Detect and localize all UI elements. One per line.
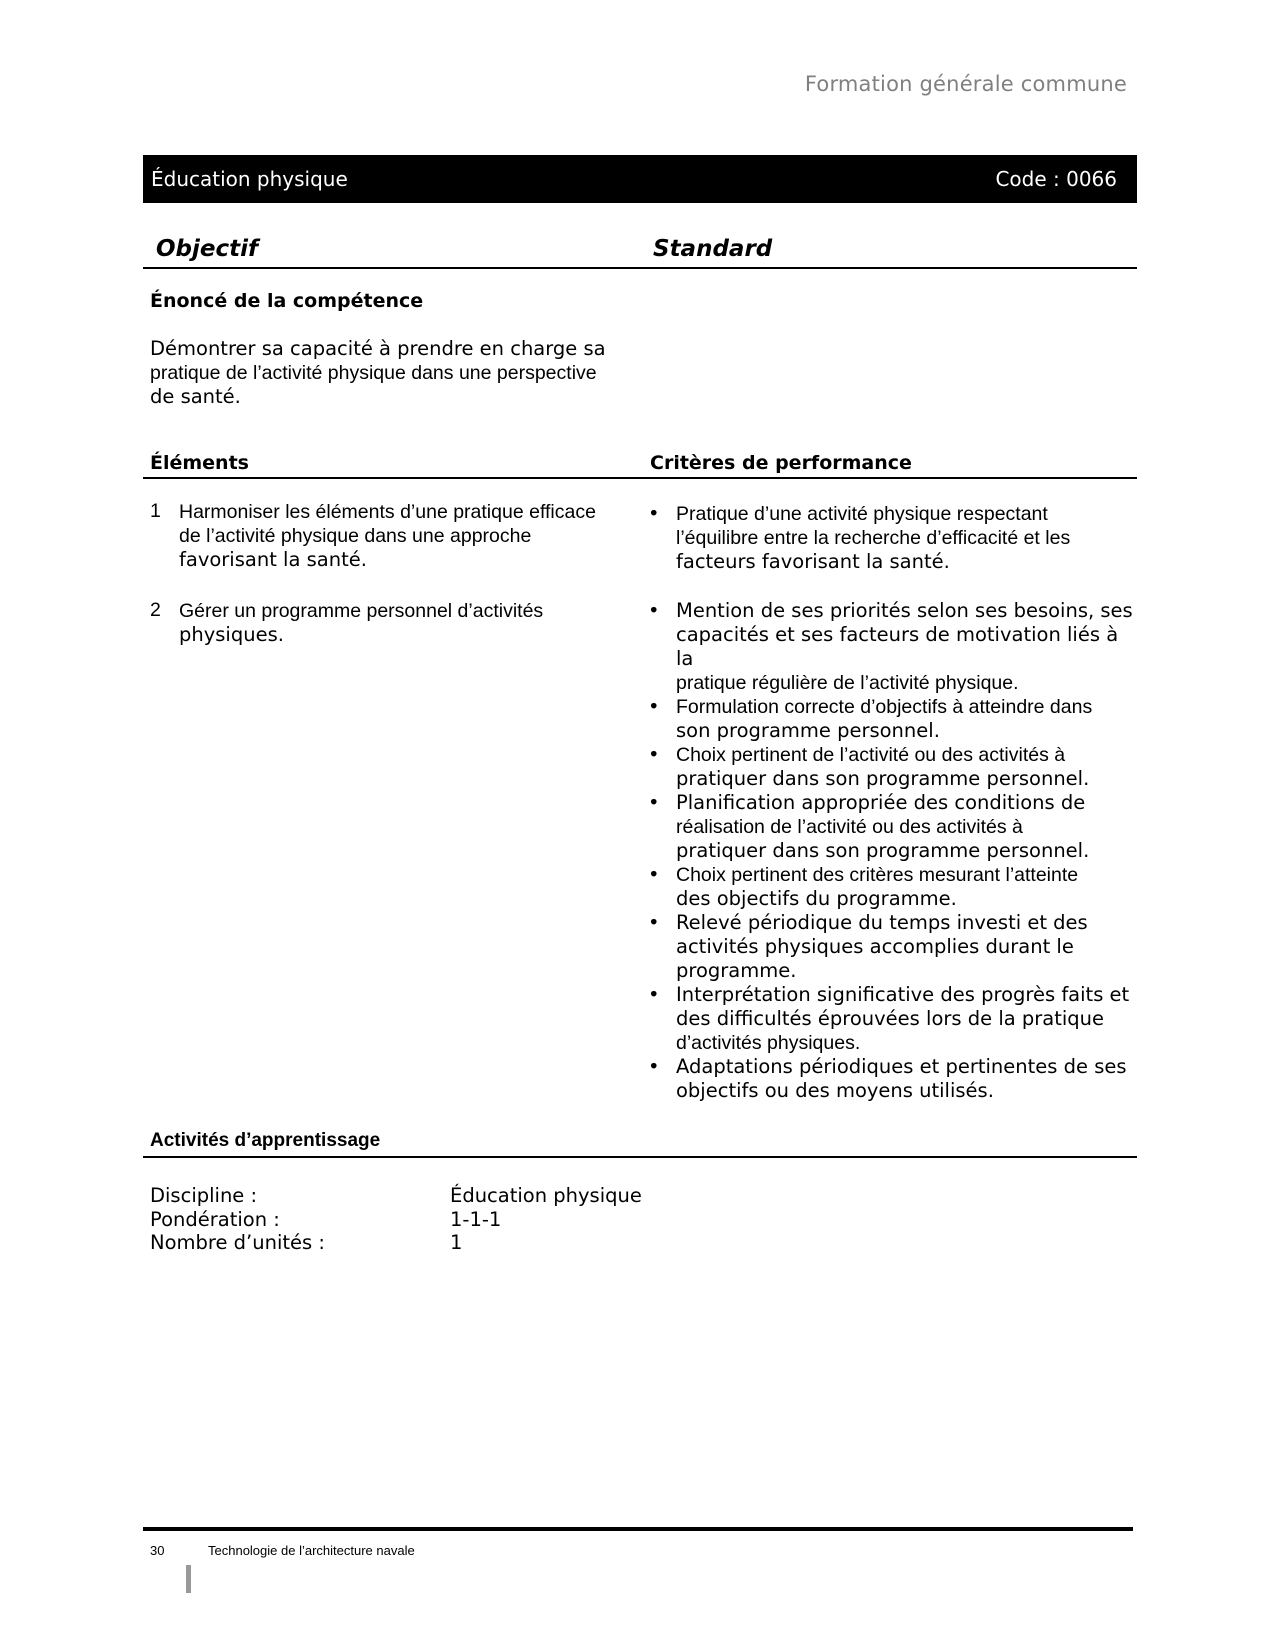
course-code: Code : 0066	[995, 167, 1117, 191]
criteria-list-1: • Pratique d’une activité physique respe…	[648, 502, 1128, 574]
learning-activities-rule	[143, 1156, 1137, 1158]
bullet-icon: •	[648, 1055, 660, 1079]
bullet-icon: •	[648, 695, 660, 719]
criterion-line: des objectifs du programme.	[676, 887, 1138, 911]
standard-column-heading: Standard	[653, 236, 772, 262]
element-number: 1	[150, 500, 174, 523]
page-number: 30	[150, 1543, 164, 1558]
criterion-line: Formulation correcte d’objectifs à attei…	[676, 695, 1138, 719]
weighting-label: Pondération :	[150, 1208, 325, 1232]
criterion-line: pratiquer dans son programme personnel.	[676, 839, 1138, 863]
objective-column-heading: Objectif	[156, 236, 258, 262]
criterion-line: objectifs ou des moyens utilisés.	[676, 1079, 1138, 1103]
criterion-line: son programme personnel.	[676, 719, 1138, 743]
running-header: Formation générale commune	[805, 72, 1127, 96]
bullet-icon: •	[648, 743, 660, 767]
criterion-line: Planification appropriée des conditions …	[676, 791, 1138, 815]
criterion-item: • Formulation correcte d’objectifs à att…	[648, 695, 1138, 743]
criterion-item: • Pratique d’une activité physique respe…	[648, 502, 1128, 574]
statement-text: Démontrer sa capacité à prendre en charg…	[150, 337, 630, 409]
criterion-line: Choix pertinent des critères mesurant l’…	[676, 863, 1138, 887]
bullet-icon: •	[648, 791, 660, 815]
criterion-item: • Choix pertinent de l’activité ou des a…	[648, 743, 1138, 791]
statement-heading: Énoncé de la compétence	[150, 290, 423, 312]
criterion-item: • Relevé périodique du temps investi et …	[648, 911, 1138, 983]
criterion-line: Choix pertinent de l’activité ou des act…	[676, 743, 1138, 767]
criterion-line: capacités et ses facteurs de motivation …	[676, 623, 1138, 671]
bullet-icon: •	[648, 983, 660, 1007]
criteria-list-2: • Mention de ses priorités selon ses bes…	[648, 599, 1138, 1103]
learning-activities-values: Éducation physique 1-1-1 1	[450, 1184, 642, 1255]
units-label: Nombre d’unités :	[150, 1231, 325, 1255]
bullet-icon: •	[648, 599, 660, 623]
criteria-heading: Critères de performance	[650, 452, 912, 474]
footer-rule	[143, 1527, 1133, 1531]
criterion-item: • Adaptations périodiques et pertinentes…	[648, 1055, 1138, 1103]
course-name: Éducation physique	[151, 167, 348, 191]
criterion-line: facteurs favorisant la santé.	[676, 550, 1128, 574]
criterion-line: pratique régulière de l’activité physiqu…	[676, 671, 1138, 695]
discipline-value: Éducation physique	[450, 1184, 642, 1208]
elements-heading-rule	[143, 477, 1137, 479]
criterion-line: activités physiques accomplies durant le	[676, 935, 1138, 959]
criterion-item: • Interprétation significative des progr…	[648, 983, 1138, 1055]
statement-line: de santé.	[150, 385, 630, 409]
weighting-value: 1-1-1	[450, 1208, 642, 1232]
element-line: Harmoniser les éléments d’une pratique e…	[179, 500, 630, 524]
criterion-item: • Planification appropriée des condition…	[648, 791, 1138, 863]
criterion-line: Adaptations périodiques et pertinentes d…	[676, 1055, 1138, 1079]
bullet-icon: •	[648, 911, 660, 935]
learning-activities-labels: Discipline : Pondération : Nombre d’unit…	[150, 1184, 325, 1255]
discipline-label: Discipline :	[150, 1184, 325, 1208]
criterion-line: pratiquer dans son programme personnel.	[676, 767, 1138, 791]
criterion-item: • Mention de ses priorités selon ses bes…	[648, 599, 1138, 695]
elements-heading: Éléments	[150, 452, 249, 474]
statement-line: pratique de l’activité physique dans une…	[150, 361, 630, 385]
margin-marker	[186, 1565, 191, 1593]
criterion-line: Relevé périodique du temps investi et de…	[676, 911, 1138, 935]
criterion-line: des difficultés éprouvées lors de la pra…	[676, 1007, 1138, 1031]
program-title: Technologie de l’architecture navale	[208, 1543, 415, 1558]
criterion-line: Interprétation significative des progrès…	[676, 983, 1138, 1007]
element-item-2: 2 Gérer un programme personnel d’activit…	[150, 599, 630, 647]
criterion-line: réalisation de l’activité ou des activit…	[676, 815, 1138, 839]
units-value: 1	[450, 1231, 642, 1255]
statement-line: Démontrer sa capacité à prendre en charg…	[150, 337, 630, 361]
learning-activities-heading: Activités d’apprentissage	[150, 1130, 380, 1152]
bullet-icon: •	[648, 502, 660, 526]
column-heading-rule	[143, 267, 1137, 269]
criterion-line: Mention de ses priorités selon ses besoi…	[676, 599, 1138, 623]
element-line: Gérer un programme personnel d’activités	[179, 599, 630, 623]
element-number: 2	[150, 599, 174, 622]
element-item-1: 1 Harmoniser les éléments d’une pratique…	[150, 500, 630, 572]
bullet-icon: •	[648, 863, 660, 887]
element-line: de l’activité physique dans une approche	[179, 524, 630, 548]
criterion-item: • Choix pertinent des critères mesurant …	[648, 863, 1138, 911]
criterion-line: d’activités physiques.	[676, 1031, 1138, 1055]
criterion-line: l’équilibre entre la recherche d’efficac…	[676, 526, 1128, 550]
criterion-line: programme.	[676, 959, 1138, 983]
element-line: favorisant la santé.	[179, 548, 630, 572]
element-line: physiques.	[179, 623, 630, 647]
course-title-bar: Éducation physique Code : 0066	[143, 155, 1137, 203]
criterion-line: Pratique d’une activité physique respect…	[676, 502, 1128, 526]
